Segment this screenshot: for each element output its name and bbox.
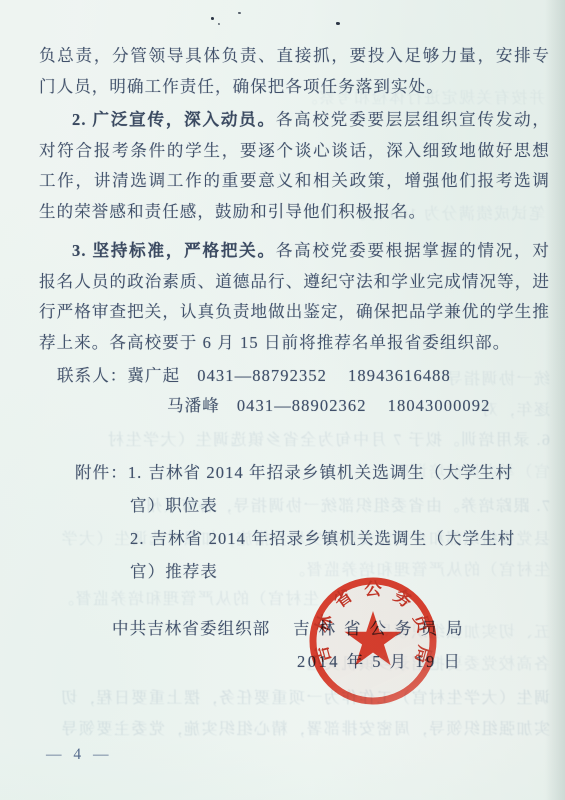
body-paragraph-1: 负总责，分管领导具体负责、直接抓，要投入足够力量，安排专 门人员，明确工作责任，…: [39, 41, 550, 102]
attachment-number: 2.: [130, 529, 145, 548]
contact-name: 冀广起: [127, 362, 180, 386]
body-line: 对符合报考条件的学生，要逐个谈心谈话，深入细致地做好思想: [39, 136, 550, 167]
contact-phone: 0431—88902362: [237, 396, 367, 416]
attachments-block: 附件： 1. 吉林省 2014 年招录乡镇机关选调生（大学生村 官）职位表 2.…: [75, 456, 555, 588]
paragraph-text: 各高校党委要层层组织宣传发动，: [276, 110, 550, 129]
attachment-line: 2.吉林省 2014 年招录乡镇机关选调生（大学生村: [75, 522, 555, 555]
ink-speck: [218, 23, 220, 25]
paragraph-lead: 3. 坚持标准，严格把关。: [72, 241, 276, 260]
bleedthrough-line: 生村官）的从严管理和培养监督。: [39, 585, 319, 615]
attachment-title: 吉林省 2014 年招录乡镇机关选调生（大学生村: [148, 456, 513, 489]
contact-mobile: 18043000092: [388, 396, 491, 416]
contact-row-1: 联系人：冀广起 0431—88792352 18943616488: [57, 362, 451, 386]
contact-phone: 0431—88792352: [197, 366, 327, 386]
body-line: 荐上来。各高校要于 6 月 15 日前将推荐名单报省委组织部。: [39, 328, 550, 359]
body-line: 门人员，明确工作责任，确保把各项任务落到实处。: [39, 72, 550, 103]
attachments-label: 附件：: [75, 456, 128, 489]
body-paragraph-3: 3. 坚持标准，严格把关。各高校党委要根据掌握的情况，对 报名人员的政治素质、道…: [39, 236, 550, 358]
bleedthrough-line: 调生（大学生村官）工作作为一项重要任务，摆上重要日程，切: [39, 684, 550, 714]
attachment-title: 吉林省 2014 年招录乡镇机关选调生（大学生村: [151, 529, 516, 548]
body-line: 2. 广泛宣传，深入动员。各高校党委要层层组织宣传发动，: [39, 105, 550, 136]
paragraph-lead: 2. 广泛宣传，深入动员。: [72, 110, 276, 129]
contact-name: 马潘峰: [167, 392, 220, 416]
scanned-document-page: 并按有关规定进行体检和考察。 笔试成绩满分为 100 分。 统一协调指导 逐年，…: [0, 0, 565, 800]
attachment-line: 附件： 1. 吉林省 2014 年招录乡镇机关选调生（大学生村: [75, 456, 555, 489]
bleedthrough-line: 实加强组织领导，周密安排部署，精心组织实施，党委主要领导: [39, 715, 550, 745]
body-line: 3. 坚持标准，严格把关。各高校党委要根据掌握的情况，对: [39, 236, 550, 267]
body-line: 报名人员的政治素质、道德品行、遵纪守法和学业完成情况等，进: [39, 267, 550, 298]
attachment-number: 1.: [128, 456, 143, 489]
paragraph-text: 各高校党委要根据掌握的情况，对: [276, 241, 550, 260]
body-line: 行严格审查把关，认真负责地做出鉴定，确保把品学兼优的学生推: [39, 297, 550, 328]
page-number: — 4 —: [46, 746, 113, 764]
contact-mobile: 18943616488: [348, 366, 451, 386]
ink-speck: [238, 12, 241, 14]
body-line: 生的荣誉感和责任感，鼓励和引导他们积极报名。: [39, 197, 550, 228]
contact-label: 联系人：: [57, 362, 127, 386]
body-line: 工作，讲清选调工作的重要意义和相关政策，增强他们报考选调: [39, 166, 550, 197]
ink-speck: [211, 17, 214, 20]
body-line: 负总责，分管领导具体负责、直接抓，要投入足够力量，安排专: [39, 41, 550, 72]
body-paragraph-2: 2. 广泛宣传，深入动员。各高校党委要层层组织宣传发动， 对符合报考条件的学生，…: [39, 105, 550, 227]
ink-speck: [336, 22, 340, 25]
official-seal: 吉林省公务员局: [308, 577, 438, 707]
contact-row-2: 马潘峰 0431—88902362 18043000092: [167, 392, 490, 416]
bleedthrough-line: 6. 录用培训。拟于 7 月中旬为全省乡镇选调生（大学生村: [39, 426, 550, 456]
seal-graphic: 吉林省公务员局: [308, 577, 438, 707]
attachment-line: 官）职位表: [75, 489, 555, 522]
signature-org-1: 中共吉林省委组织部: [112, 615, 270, 639]
